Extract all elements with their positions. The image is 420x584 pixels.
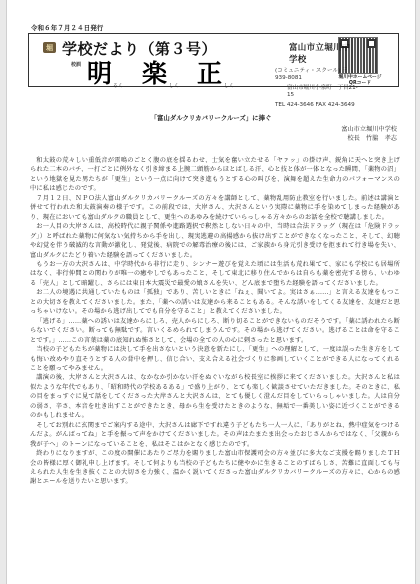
paragraph: ７月１２日、ＮＰＯ法人富山ダルクリカバリークルーズの方々を講師として、薬物乱用防… xyxy=(30,194,400,222)
qr-caption-line-2: QRコード xyxy=(333,81,387,87)
paragraph: 当校の子どもたちが薬物には決して手を出さないという決意を新たにし、「更生」への理… xyxy=(30,345,400,373)
motto-ruby-3: しく xyxy=(224,82,234,89)
signature-principal: 校長 竹脇 孝志 xyxy=(341,134,397,143)
article-title: 「富山ダルクリカバリークルーズ」に捧ぐ xyxy=(7,113,415,122)
article-body: 和太鼓の荒々しい重低音が雷鳴のごとく腹の底を揺るわせ、士気を奮い立たせる「ヤァッ… xyxy=(30,156,400,487)
paragraph: もうお一方の大沢さんは、中学時代から非行に走り、シンナー遊びを覚えた頃には生活も… xyxy=(30,260,400,288)
paragraph: お一人目の大岸さんは、高校時代に親子関係や進路選択で釈然としない日々の中、当時は… xyxy=(30,222,400,260)
masthead: 堀 学校だより（第３号） 校訓 明 るく 楽 しく 正 しく 富山市立堀川中学校… xyxy=(28,33,399,87)
paragraph: 終わりになりますが、この度の開催にあたりご尽力を賜りました富山市保護司会の方々並… xyxy=(30,449,400,487)
signature-school: 富山市立堀川中学校 xyxy=(341,125,397,134)
paragraph: 和太鼓の荒々しい重低音が雷鳴のごとく腹の底を揺るわせ、士気を奮い立たせる「ヤァッ… xyxy=(30,156,400,194)
motto-ruby-2: しく xyxy=(169,82,179,89)
school-emblem-icon: 堀 xyxy=(43,42,56,53)
motto-ruby-1: るく xyxy=(113,82,123,89)
issue-date: 令和６年７月２４日発行 xyxy=(31,23,104,32)
motto-char-3: 正 xyxy=(197,54,222,90)
motto-char-2: 楽 xyxy=(142,54,167,90)
paragraph: 講演の後、大岸さんと大沢さんは、なかなか引かない汗をぬぐいながら校長室に挨拶に来… xyxy=(30,373,400,420)
newsletter-title: 学校だより（第３号） xyxy=(62,38,217,59)
school-address: 富山市堀川小泉町一丁目21-15 xyxy=(287,85,359,99)
paragraph: 「逃げる」……薬への誘いは友達からにしろ、売人からにしろ、断り切ることができない… xyxy=(30,317,400,345)
signature: 富山市立堀川中学校 校長 竹脇 孝志 xyxy=(341,125,397,143)
motto-char-1: 明 xyxy=(87,54,112,90)
qr-code-icon[interactable] xyxy=(338,37,378,74)
qr-caption: 堀川中ホームページ QRコード xyxy=(333,75,387,87)
motto-label: 校訓 xyxy=(71,61,81,68)
newsletter-page: 令和６年７月２４日発行 堀 学校だより（第３号） 校訓 明 るく 楽 しく 正 … xyxy=(6,0,416,584)
paragraph: お二人の境遇に共通していたものは「孤独」であり、苦しいときに「ねぇ、聞いてよ。実… xyxy=(30,288,400,316)
school-contact: TEL 424-3646 FAX 424-3649 xyxy=(275,102,359,109)
paragraph: そしてお別れに玄関までご案内する途中、大沢さんは廊下ですれ違う子どもたち一人一人… xyxy=(30,421,400,449)
